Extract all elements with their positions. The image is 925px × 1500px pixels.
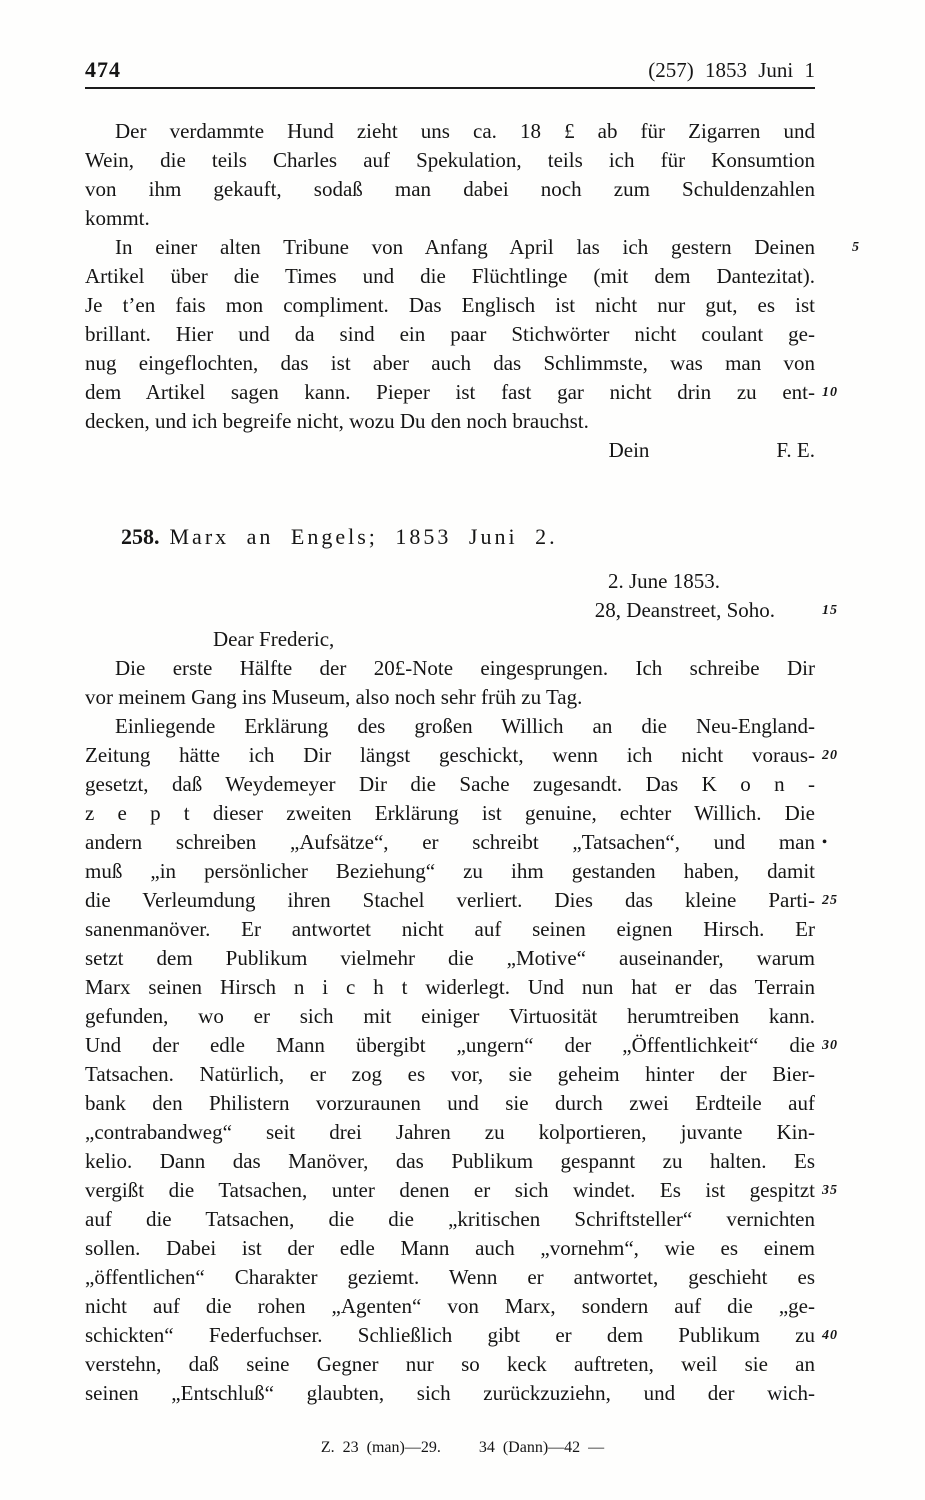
text-line: nicht auf die rohen „Agenten“ von Marx, … (85, 1292, 815, 1321)
text-line: kommt. (85, 204, 815, 233)
signature-valediction: Dein (609, 436, 650, 465)
text-line: auf die Tatsachen, die die „kritischen S… (85, 1205, 815, 1234)
text-line: Tatsachen. Natürlich, er zog es vor, sie… (85, 1060, 815, 1089)
margin-line-number: 15 (822, 599, 862, 623)
text-line: bank den Philistern vorzuraunen und sie … (85, 1089, 815, 1118)
signature-initials: F. E. (776, 436, 815, 465)
margin-line-number: 30 (822, 1034, 862, 1058)
margin-line-number: 40 (822, 1324, 862, 1348)
text-line: brillant. Hier und da sind ein paar Stic… (85, 320, 815, 349)
margin-line-number: 10 (822, 381, 862, 405)
text-line: setzt dem Publikum vielmehr die „Motive“… (85, 944, 815, 973)
text-line: „contrabandweg“ seit drei Jahren zu kolp… (85, 1118, 815, 1147)
margin-line-number: 25 (822, 889, 862, 913)
text-line: seinen „Entschluß“ glaubten, sich zurück… (85, 1379, 815, 1408)
text-line: nug eingeflochten, das ist aber auch das… (85, 349, 815, 378)
margin-line-number: 5 (822, 236, 862, 260)
margin-line-number: 20 (822, 744, 862, 768)
apparatus-note-2: 34 (Dann)—42 — (479, 1439, 604, 1456)
text-line: von ihm gekauft, sodaß man dabei noch zu… (85, 175, 815, 204)
apparatus-note-1: Z. 23 (man)—29. (321, 1439, 441, 1456)
text-line: andern schreiben „Aufsätze“, er schreibt… (85, 828, 815, 857)
text-line: Zeitung hätte ich Dir längst geschickt, … (85, 741, 815, 770)
dateline: 28, Deanstreet, Soho.15 (85, 596, 815, 625)
text-line: Je t’en fais mon compliment. Das Englisc… (85, 291, 815, 320)
text-line: decken, und ich begreife nicht, wozu Du … (85, 407, 815, 436)
page-number: 474 (85, 58, 121, 82)
text-line: „öffentlichen“ Charakter geziemt. Wenn e… (85, 1263, 815, 1292)
text-line: vor meinem Gang ins Museum, also noch se… (85, 683, 815, 712)
margin-line-number: 35 (822, 1179, 862, 1203)
text-line: gefunden, wo er sich mit einiger Virtuos… (85, 1002, 815, 1031)
text-line: Der verdammte Hund zieht uns ca. 18 £ ab… (85, 117, 815, 146)
letter-heading-text: Marx an Engels; 1853 Juni 2. (170, 524, 558, 549)
vertical-spacer (85, 551, 815, 567)
vertical-spacer (85, 465, 815, 522)
text-line: Die erste Hälfte der 20£-Note eingesprun… (85, 654, 815, 683)
letter-heading: 258.Marx an Engels; 1853 Juni 2. (85, 522, 815, 551)
text-line: muß „in persönlicher Beziehung“ zu ihm g… (85, 857, 815, 886)
footer-apparatus: Z. 23 (man)—29.34 (Dann)—42 — (0, 1438, 925, 1458)
header-body-gap (85, 91, 815, 117)
text-line: Einliegende Erklärung des großen Willich… (85, 712, 815, 741)
text-line: sollen. Dabei ist der edle Mann auch „vo… (85, 1234, 815, 1263)
text-line: Artikel über die Times und die Flüchtlin… (85, 262, 815, 291)
text-line: Marx seinen Hirsch n i c h t widerlegt. … (85, 973, 815, 1002)
letter-number: 258. (121, 524, 160, 549)
text-line: gesetzt, daß Weydemeyer Dir die Sache zu… (85, 770, 815, 799)
body-blocks: Der verdammte Hund zieht uns ca. 18 £ ab… (85, 91, 815, 1408)
text-line: schickten“ Federfuchser. Schließlich gib… (85, 1321, 815, 1350)
signature-line: DeinF. E. (85, 436, 815, 465)
salutation: Dear Frederic, (85, 625, 815, 654)
text-line: Wein, die teils Charles auf Spekulation,… (85, 146, 815, 175)
book-page: 474 (257) 1853 Juni 1 Der verdammte Hund… (0, 0, 925, 1500)
dateline: 2. June 1853. (85, 567, 815, 596)
margin-line-number: • (822, 831, 862, 855)
text-line: kelio. Dann das Manöver, das Publikum ge… (85, 1147, 815, 1176)
text-line: die Verleumdung ihren Stachel verliert. … (85, 886, 815, 915)
text-line: sanenmanöver. Er antwortet nicht auf sei… (85, 915, 815, 944)
text-line: In einer alten Tribune von Anfang April … (85, 233, 815, 262)
text-line: z e p t dieser zweiten Erklärung ist gen… (85, 799, 815, 828)
header-right-label: (257) 1853 Juni 1 (648, 58, 815, 82)
text-line: Und der edle Mann übergibt „ungern“ der … (85, 1031, 815, 1060)
text-line: vergißt die Tatsachen, unter denen er si… (85, 1176, 815, 1205)
text-line: dem Artikel sagen kann. Pieper ist fast … (85, 378, 815, 407)
text-line: verstehn, daß seine Gegner nur so keck a… (85, 1350, 815, 1379)
page-header: 474 (257) 1853 Juni 1 (85, 58, 815, 89)
